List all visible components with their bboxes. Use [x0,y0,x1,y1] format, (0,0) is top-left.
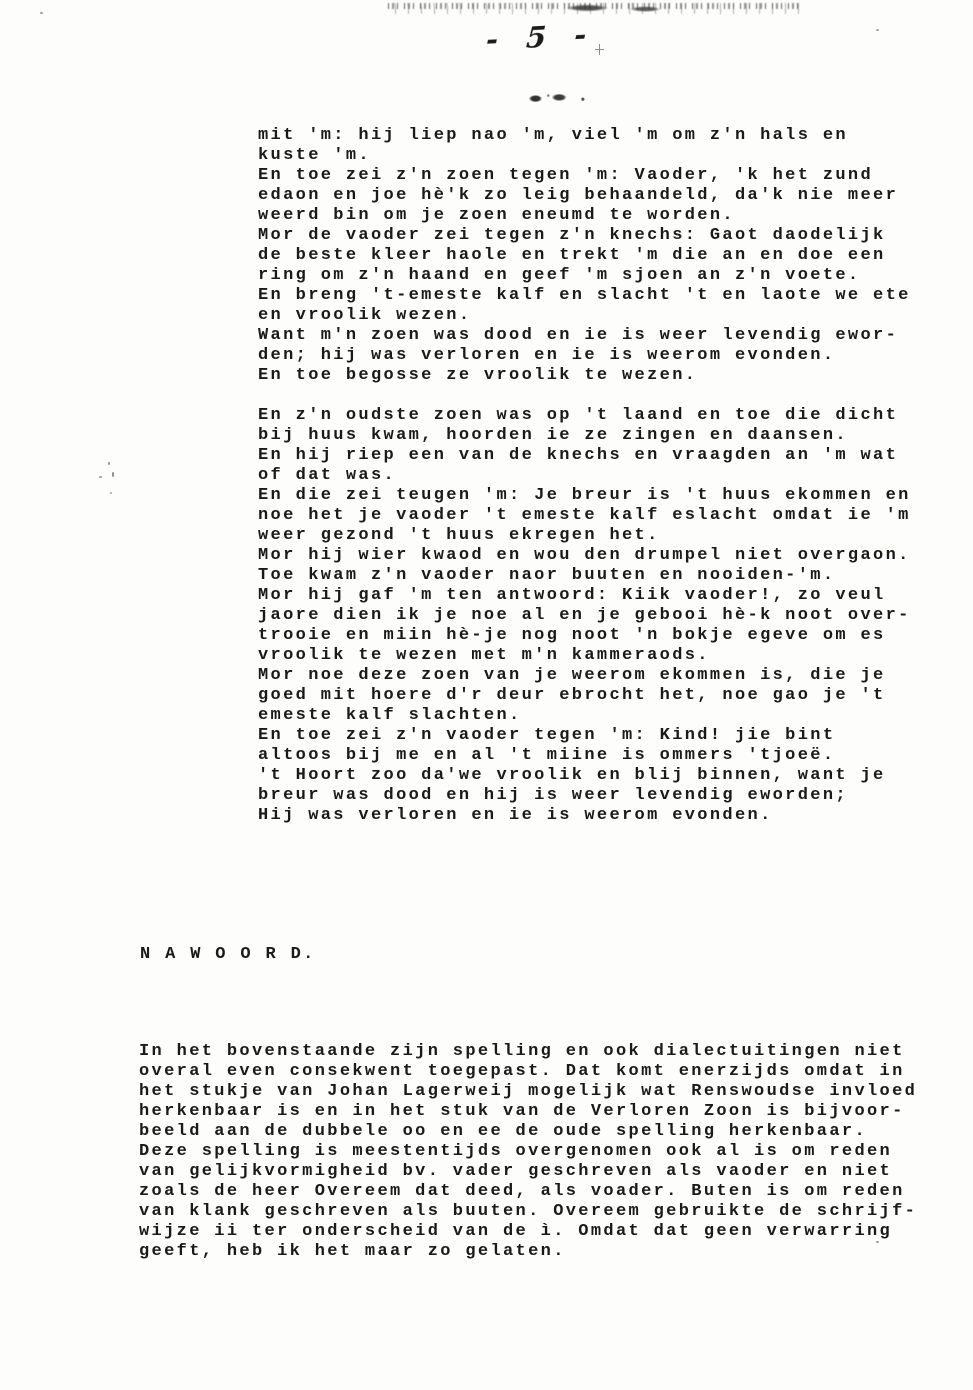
text-line: vroolik te wezen met m'n kammeraods. [258,646,911,666]
text-line: mit 'm: hij liep nao 'm, viel 'm om z'n … [258,126,911,146]
noise-speck [40,12,43,14]
dialect-story-text: mit 'm: hij liep nao 'm, viel 'm om z'n … [258,126,911,826]
text-line: weerd bin om je zoen eneumd te worden. [258,206,911,226]
afterword-text: In het bovenstaande zijn spelling en ook… [139,1042,917,1262]
text-line: Mor hij gaf 'm ten antwoord: Kiik vaoder… [258,586,911,606]
text-line: kuste 'm. [258,146,911,166]
text-line: herkenbaar is en in het stuk van de Verl… [139,1102,917,1122]
text-line: altoos bij me en al 't miine is ommers '… [258,746,911,766]
text-line: En toe zei z'n vaoder tegen 'm: Kind! ji… [258,726,911,746]
text-line: jaore dien ik je noe al en je gebooi hè-… [258,606,911,626]
text-line: En hij riep een van de knechs en vraagde… [258,446,911,466]
text-line: 't Hoort zoo da'we vroolik en blij binne… [258,766,911,786]
text-line: En toe zei z'n zoen tegen 'm: Vaoder, 'k… [258,166,911,186]
text-line: breur was dood en hij is weer levendig e… [258,786,911,806]
text-line: Mor hij wier kwaod en wou den drumpel ni… [258,546,911,566]
noise-speck [876,29,879,31]
text-line: geeft, heb ik het maar zo gelaten. [139,1242,917,1262]
text-line: weer gezond 't huus ekregen het. [258,526,911,546]
noise-speck [108,462,110,465]
text-line: edaon en joe hè'k zo leig behaandeld, da… [258,186,911,206]
stray-ink-mark [595,44,604,55]
text-line [258,386,911,406]
photocopy-noise-header [388,3,803,14]
photocopy-smudge [524,92,588,104]
text-line: overal even consekwent toegepast. Dat ko… [139,1062,917,1082]
afterword-heading: N A W O O R D. [140,945,316,965]
text-line: van klank geschreven als buuten. Overeem… [139,1202,917,1222]
text-line: den; hij was verloren en ie is weerom ev… [258,346,911,366]
text-line: Toe kwam z'n vaoder naor buuten en nooid… [258,566,911,586]
noise-speck [112,472,114,477]
text-line: En breng 't-emeste kalf en slacht 't en … [258,286,911,306]
text-line: Deze spelling is meestentijds overgenome… [139,1142,917,1162]
text-line: En toe begosse ze vroolik te wezen. [258,366,911,386]
text-line: Hij was verloren en ie is weerom evonden… [258,806,911,826]
text-line: en vroolik wezen. [258,306,911,326]
text-line: van gelijkvormigheid bv. vader geschreve… [139,1162,917,1182]
text-line: bij huus kwam, hoorden ie ze zingen en d… [258,426,911,446]
handwritten-page-number: - 5 - [485,17,596,57]
text-line: Mor noe deze zoen van je weerom ekommen … [258,666,911,686]
text-line: Want m'n zoen was dood en ie is weer lev… [258,326,911,346]
noise-speck [110,492,112,494]
text-line: En z'n oudste zoen was op 't laand en to… [258,406,911,426]
text-line: noe het je vaoder 't emeste kalf eslacht… [258,506,911,526]
scanned-document-page: - 5 - mit 'm: hij liep nao 'm, viel 'm o… [0,0,973,1390]
text-line: Mor de vaoder zei tegen z'n knechs: Gaot… [258,226,911,246]
text-line: En die zei teugen 'm: Je breur is 't huu… [258,486,911,506]
text-line: emeste kalf slachten. [258,706,911,726]
noise-speck [99,476,102,478]
text-line: trooie en miin hè-je nog noot 'n bokje e… [258,626,911,646]
text-line: goed mit hoere d'r deur ebrocht het, noe… [258,686,911,706]
text-line: de beste kleer haole en trekt 'm die an … [258,246,911,266]
text-line: In het bovenstaande zijn spelling en ook… [139,1042,917,1062]
text-line: het stukje van Johan Lagerweij mogelijk … [139,1082,917,1102]
text-line: beeld aan de dubbele oo en ee de oude sp… [139,1122,917,1142]
text-line: ring om z'n haand en geef 'm sjoen an z'… [258,266,911,286]
text-line: of dat was. [258,466,911,486]
text-line: wijze ii ter onderscheid van de ì. Omdat… [139,1222,917,1242]
text-line: zoals de heer Overeem dat deed, als voad… [139,1182,917,1202]
